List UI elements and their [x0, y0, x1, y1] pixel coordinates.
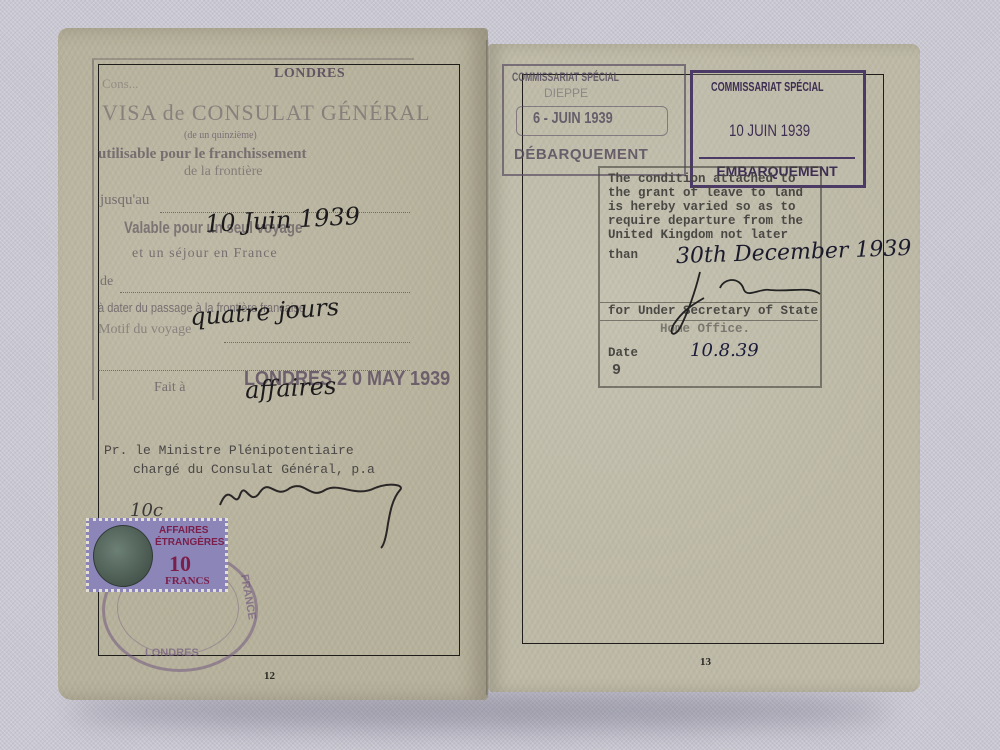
- visa-city: LONDRES: [274, 66, 345, 82]
- debarquement-port: DIEPPE: [544, 86, 588, 100]
- fiscal-stamp-line-1: AFFAIRES: [159, 525, 208, 536]
- date-label: Date: [608, 346, 638, 360]
- visa-line-utilisable: utilisable pour le franchissement: [98, 146, 306, 163]
- condition-line-2: the grant of leave to land: [608, 186, 803, 200]
- handwritten-stamp-date: 10.8.39: [690, 340, 759, 361]
- home-office-signature: [660, 268, 830, 338]
- condition-line-4: require departure from the: [608, 214, 803, 228]
- debarquement-date: 6 - JUIN 1939: [533, 110, 613, 128]
- visa-de-label: de: [100, 274, 113, 290]
- consul-signature: [215, 470, 415, 550]
- visa-motif-label: Motif du voyage: [98, 322, 191, 338]
- fiscal-stamp-line-2: ÉTRANGÈRES: [155, 537, 224, 548]
- embarquement-header: COMMISSARIAT SPÉCIAL: [711, 79, 824, 94]
- seal-text-bottom: LONDRES: [145, 647, 199, 659]
- condition-line-1: The condition attached to: [608, 172, 796, 186]
- visa-sejour: et un séjour en France: [132, 246, 278, 262]
- condition-line-3: is hereby varied so as to: [608, 200, 796, 214]
- handwritten-purpose: affaires: [244, 372, 337, 405]
- fiscal-stamp-currency: FRANCS: [165, 575, 210, 587]
- fiscal-stamp-value: 10: [169, 551, 191, 577]
- page-number: 12: [264, 670, 275, 682]
- debarquement-type: DÉBARQUEMENT: [514, 146, 648, 163]
- page-number: 13: [700, 656, 711, 668]
- visa-jusqu-label: jusqu'au: [100, 192, 149, 209]
- visa-title: VISA de CONSULAT GÉNÉRAL: [102, 100, 431, 126]
- visa-fait-label: Fait à: [154, 380, 186, 396]
- than-label: than: [608, 248, 638, 262]
- debarquement-header: COMMISSARIAT SPÉCIAL: [512, 70, 619, 84]
- fiscal-revenue-stamp: AFFAIRES ÉTRANGÈRES 10 FRANCS: [86, 518, 228, 592]
- dotted-line: [224, 342, 410, 343]
- stamp-number: 9: [612, 362, 621, 379]
- dotted-line: [120, 292, 410, 293]
- visa-faded-header: Cons...: [102, 76, 138, 92]
- book-spine-crease: [486, 40, 490, 695]
- visa-line-frontiere: de la frontière: [184, 164, 263, 180]
- embarquement-date: 10 JUIN 1939: [729, 121, 810, 141]
- debarquement-stamp: COMMISSARIAT SPÉCIAL DIEPPE 6 - JUIN 193…: [502, 64, 686, 176]
- condition-line-5: United Kingdom not later: [608, 228, 788, 242]
- debarquement-date-banner: 6 - JUIN 1939: [516, 106, 668, 136]
- marianne-portrait-icon: [93, 525, 153, 587]
- typed-signatory-line-1: Pr. le Ministre Plénipotentiaire: [104, 443, 354, 458]
- visa-subtitle: (de un quinzième): [184, 130, 257, 141]
